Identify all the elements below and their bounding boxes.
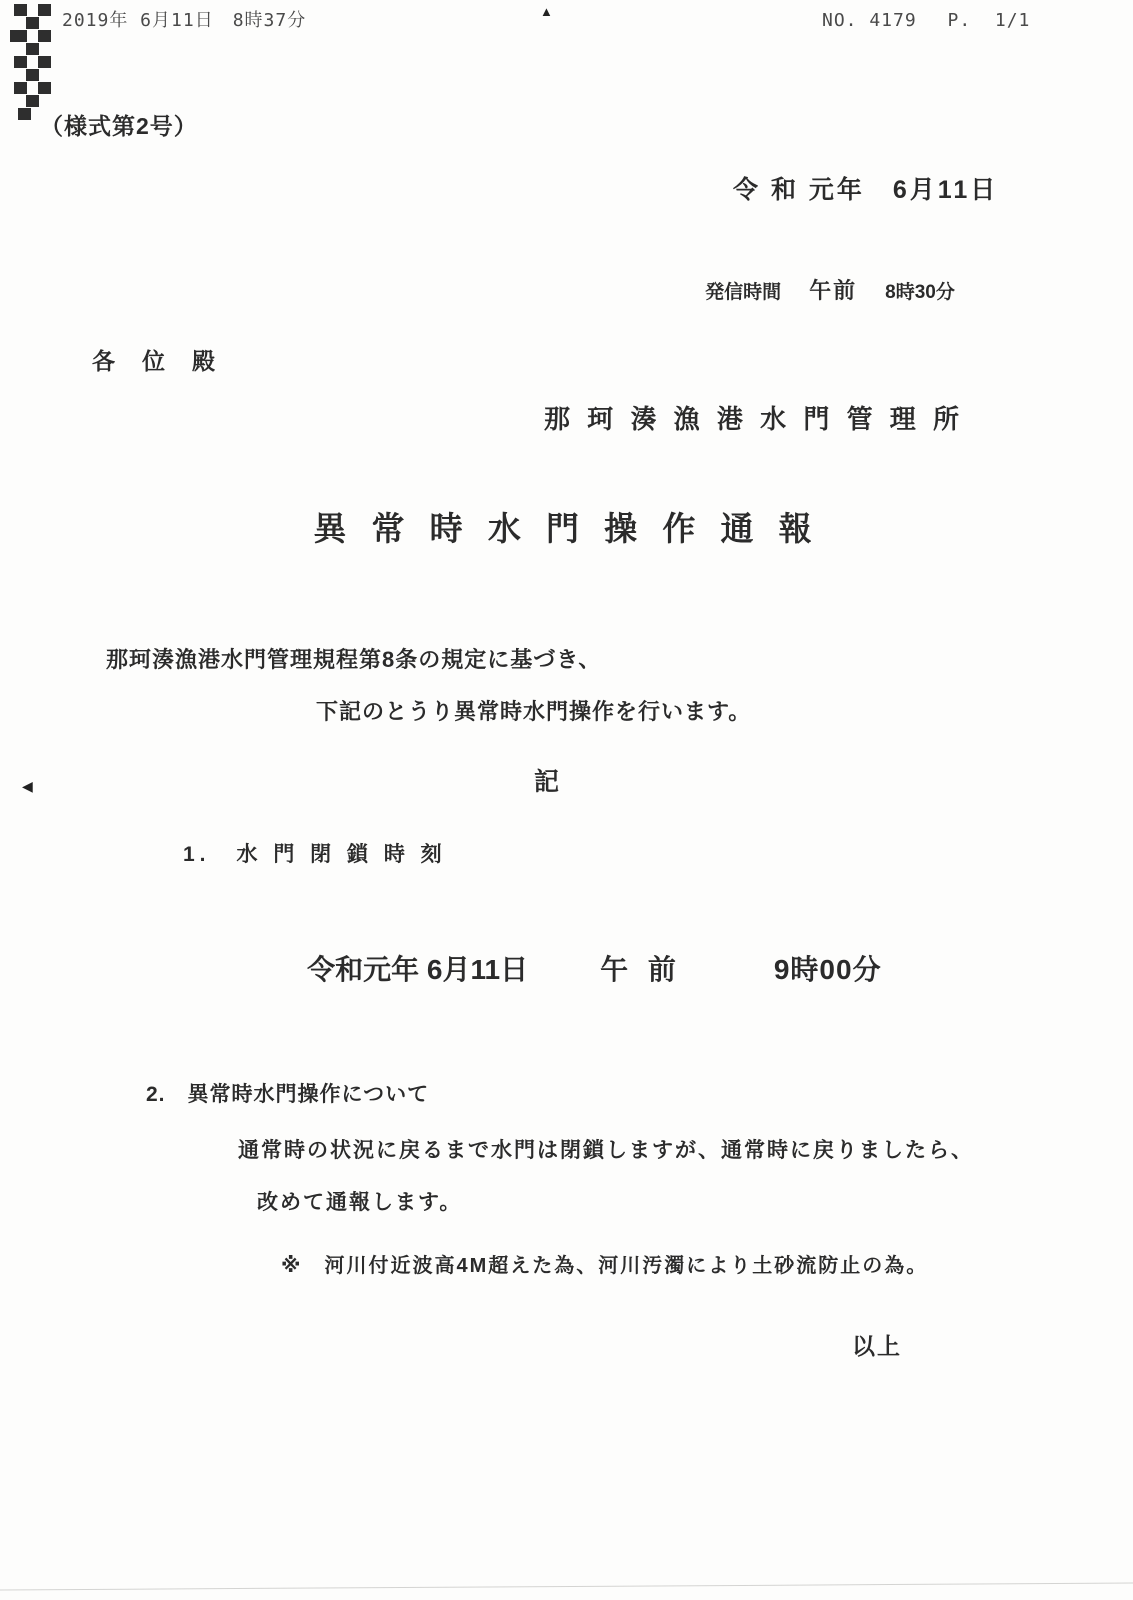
transmission-period: 午前 bbox=[809, 278, 857, 303]
left-triangle-icon: ◀ bbox=[22, 778, 33, 795]
scan-artifact-line bbox=[0, 1582, 1133, 1590]
transmission-time-label: 発信時間 bbox=[705, 282, 781, 303]
closure-time: 9時00分 bbox=[774, 954, 882, 985]
fax-timestamp: 2019年 6月11日 8時37分 bbox=[62, 6, 306, 32]
closure-date: 令和元年 6月11日 bbox=[307, 954, 528, 985]
section2-heading: 2. 異常時水門操作について bbox=[146, 1078, 429, 1108]
closing-label: 以上 bbox=[852, 1328, 902, 1361]
up-triangle-icon: ▲ bbox=[540, 4, 553, 19]
section1-closure-datetime: 令和元年 6月11日午 前9時00分 bbox=[276, 916, 882, 1020]
body-text-line2: 下記のとうり異常時水門操作を行います。 bbox=[316, 695, 751, 726]
section1-heading: 1. 水 門 閉 鎖 時 刻 bbox=[183, 838, 447, 868]
transmission-time-line: 発信時間午前8時30分 bbox=[684, 252, 955, 327]
fax-page-number: NO. 4179 P. 1/1 bbox=[822, 6, 1030, 32]
document-date: 令 和 元年 6月11日 bbox=[733, 170, 998, 206]
section2-note: ※ 河川付近波高4M超えた為、河川汚濁により土砂流防止の為。 bbox=[281, 1249, 928, 1278]
body-text-line1: 那珂湊漁港水門管理規程第8条の規定に基づき、 bbox=[106, 643, 601, 674]
fax-calibration-mark bbox=[8, 2, 54, 124]
addressee-line: 各 位 殿 bbox=[92, 343, 217, 376]
closure-period: 午 前 bbox=[600, 954, 682, 985]
record-marker: 記 bbox=[534, 762, 559, 798]
transmission-time-value: 8時30分 bbox=[885, 282, 955, 303]
form-number-label: （様式第2号） bbox=[40, 108, 198, 141]
fax-document-page: 2019年 6月11日 8時37分 ▲ NO. 4179 P. 1/1 ◀ （様… bbox=[0, 0, 1133, 1600]
document-title: 異 常 時 水 門 操 作 通 報 bbox=[0, 503, 1133, 550]
section2-text-line2: 改めて通報します。 bbox=[257, 1186, 462, 1216]
sender-organization: 那 珂 湊 漁 港 水 門 管 理 所 bbox=[544, 399, 964, 436]
section2-text-line1: 通常時の状況に戻るまで水門は閉鎖しますが、通常時に戻りましたら、 bbox=[238, 1134, 974, 1164]
